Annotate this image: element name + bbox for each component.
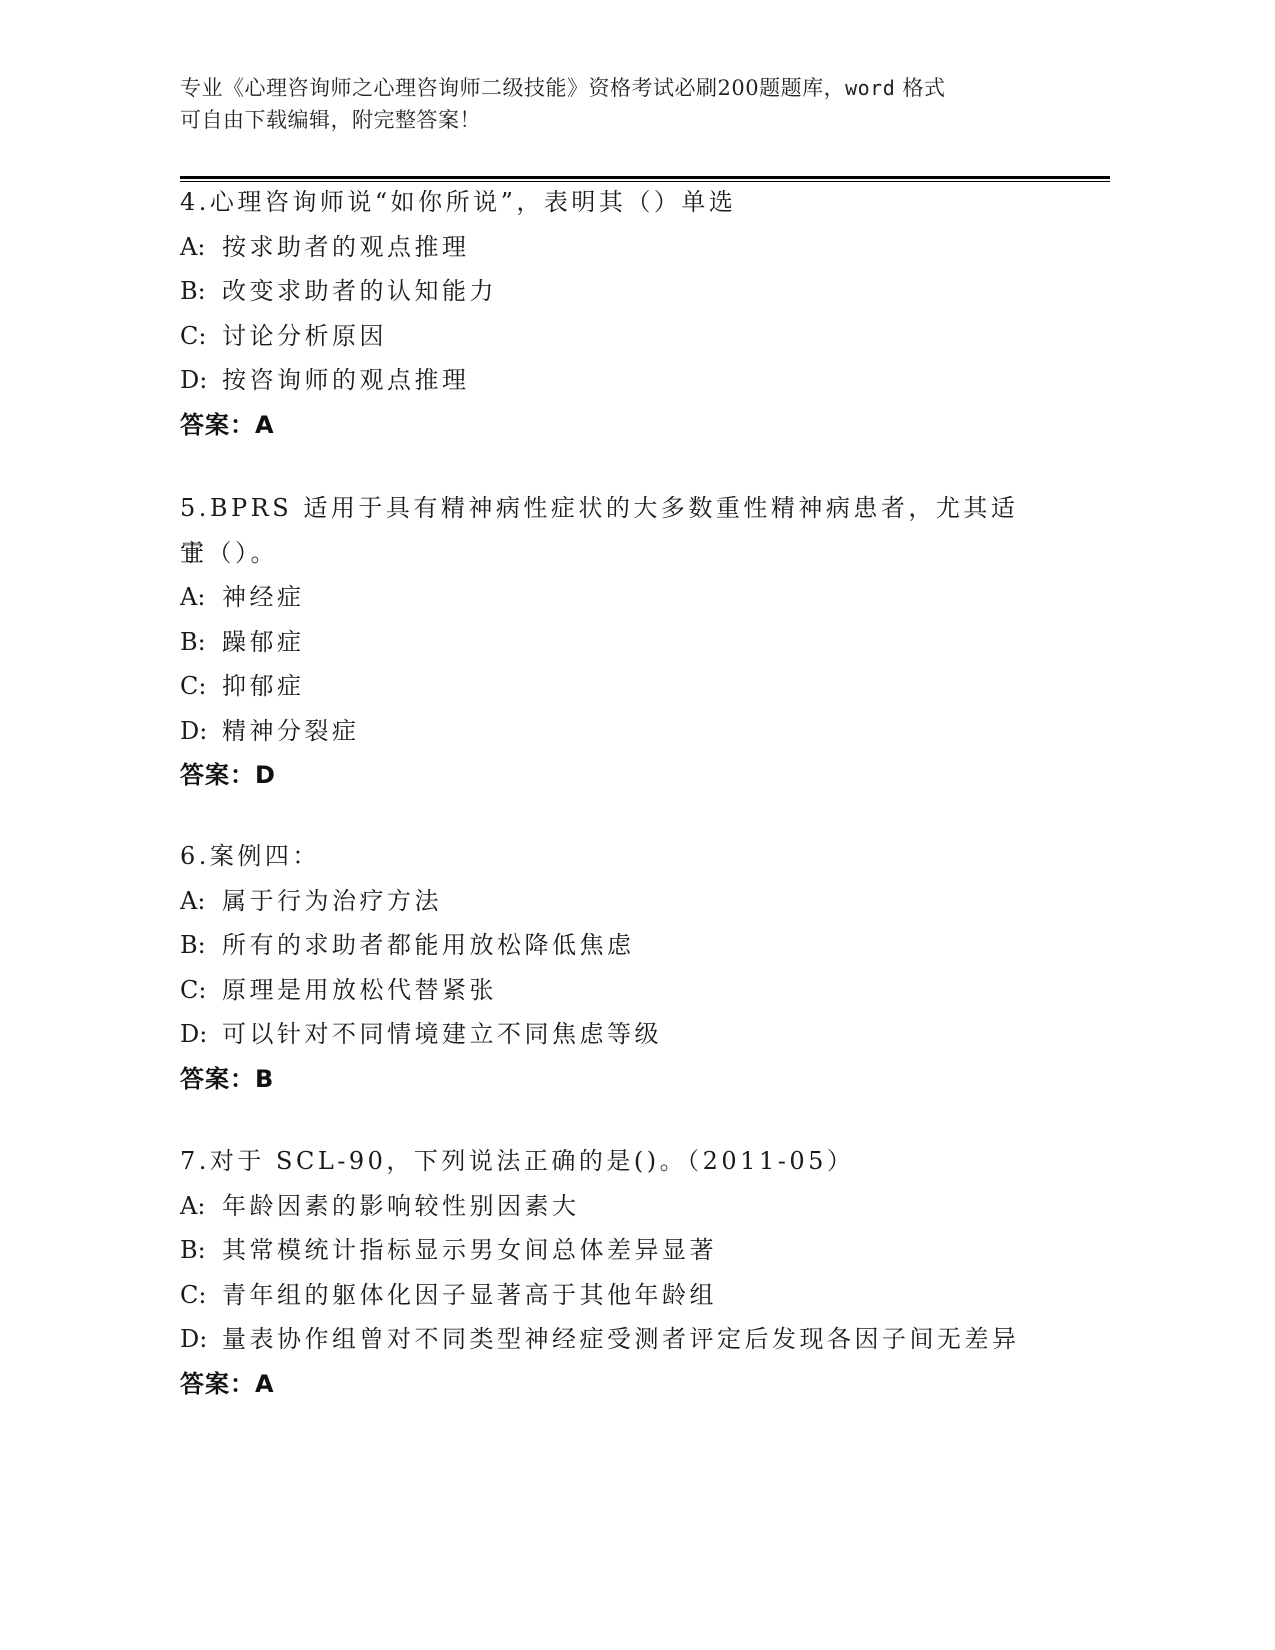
option-text: 原理是用放松代替紧张 xyxy=(222,976,497,1004)
option-letter: B: xyxy=(180,620,222,665)
question-stem: 5.BPRS 适用于具有精神病性症状的大多数重性精神病患者，尤其适宜 xyxy=(180,486,1040,531)
answer-line: 答案：B xyxy=(180,1057,1040,1102)
option-text: 躁郁症 xyxy=(222,628,305,656)
option-text: 改变求助者的认知能力 xyxy=(222,277,497,305)
header-line-1-pre: 专业《心理咨询师之心理咨询师二级技能》资格考试必刷200题题库， xyxy=(180,76,845,100)
option-c: C:青年组的躯体化因子显著高于其他年龄组 xyxy=(180,1273,1040,1318)
answer-line: 答案：D xyxy=(180,753,1040,798)
option-text: 年龄因素的影响较性别因素大 xyxy=(222,1192,580,1220)
option-a: A:神经症 xyxy=(180,575,1040,620)
option-letter: D: xyxy=(180,709,222,754)
option-letter: A: xyxy=(180,225,222,270)
option-b: B:其常模统计指标显示男女间总体差异显著 xyxy=(180,1228,1040,1273)
option-a: A:按求助者的观点推理 xyxy=(180,225,1040,270)
option-c: C:抑郁症 xyxy=(180,664,1040,709)
option-letter: A: xyxy=(180,575,222,620)
option-letter: C: xyxy=(180,664,222,709)
option-letter: D: xyxy=(180,1317,222,1362)
option-text: 神经症 xyxy=(222,583,305,611)
option-text: 按求助者的观点推理 xyxy=(222,233,470,261)
option-letter: A: xyxy=(180,1184,222,1229)
option-text: 按咨询师的观点推理 xyxy=(222,366,470,394)
option-letter: C: xyxy=(180,1273,222,1318)
option-c: C:讨论分析原因 xyxy=(180,314,1040,359)
option-d: D:可以针对不同情境建立不同焦虑等级 xyxy=(180,1012,1040,1057)
option-text: 可以针对不同情境建立不同焦虑等级 xyxy=(222,1020,662,1048)
option-text: 青年组的躯体化因子显著高于其他年龄组 xyxy=(222,1281,717,1309)
header-line-2: 可自由下载编辑，附完整答案！ xyxy=(180,104,1060,136)
option-letter: B: xyxy=(180,269,222,314)
option-d: D:量表协作组曾对不同类型神经症受测者评定后发现各因子间无差异 xyxy=(180,1317,1040,1362)
option-d: D:精神分裂症 xyxy=(180,709,1040,754)
option-text: 属于行为治疗方法 xyxy=(222,887,442,915)
option-b: B:躁郁症 xyxy=(180,620,1040,665)
question-stem: 6.案例四： xyxy=(180,834,1040,879)
option-letter: A: xyxy=(180,879,222,924)
answer-line: 答案：A xyxy=(180,403,1040,448)
question-4: 4.心理咨询师说“如你所说”，表明其（）单选 A:按求助者的观点推理 B:改变求… xyxy=(180,180,1040,447)
question-stem: 7.对于 SCL-90，下列说法正确的是()。（2011-05） xyxy=(180,1139,1040,1184)
option-d: D:按咨询师的观点推理 xyxy=(180,358,1040,403)
question-7: 7.对于 SCL-90，下列说法正确的是()。（2011-05） A:年龄因素的… xyxy=(180,1139,1040,1406)
option-letter: D: xyxy=(180,358,222,403)
option-text: 讨论分析原因 xyxy=(222,322,387,350)
option-text: 其常模统计指标显示男女间总体差异显著 xyxy=(222,1236,717,1264)
answer-line: 答案：A xyxy=(180,1362,1040,1407)
question-5: 5.BPRS 适用于具有精神病性症状的大多数重性精神病患者，尤其适宜 于（）。 … xyxy=(180,486,1040,798)
option-letter: B: xyxy=(180,923,222,968)
option-text: 量表协作组曾对不同类型神经症受测者评定后发现各因子间无差异 xyxy=(222,1325,1020,1353)
option-text: 抑郁症 xyxy=(222,672,305,700)
option-text: 所有的求助者都能用放松降低焦虑 xyxy=(222,931,635,959)
option-letter: D: xyxy=(180,1012,222,1057)
rule-thick-line xyxy=(180,176,1110,179)
option-b: B:改变求助者的认知能力 xyxy=(180,269,1040,314)
option-letter: B: xyxy=(180,1228,222,1273)
question-stem: 4.心理咨询师说“如你所说”，表明其（）单选 xyxy=(180,180,1040,225)
option-text: 精神分裂症 xyxy=(222,717,360,745)
header-word-format: word xyxy=(845,76,895,100)
option-letter: C: xyxy=(180,968,222,1013)
question-stem-continued: 于（）。 xyxy=(180,531,1040,576)
document-header: 专业《心理咨询师之心理咨询师二级技能》资格考试必刷200题题库，word 格式 … xyxy=(180,72,1060,136)
option-c: C:原理是用放松代替紧张 xyxy=(180,968,1040,1013)
option-a: A:属于行为治疗方法 xyxy=(180,879,1040,924)
header-line-1-post: 格式 xyxy=(902,76,945,100)
option-letter: C: xyxy=(180,314,222,359)
option-b: B:所有的求助者都能用放松降低焦虑 xyxy=(180,923,1040,968)
header-line-1: 专业《心理咨询师之心理咨询师二级技能》资格考试必刷200题题库，word 格式 xyxy=(180,72,1060,104)
option-a: A:年龄因素的影响较性别因素大 xyxy=(180,1184,1040,1229)
question-6: 6.案例四： A:属于行为治疗方法 B:所有的求助者都能用放松降低焦虑 C:原理… xyxy=(180,834,1040,1101)
